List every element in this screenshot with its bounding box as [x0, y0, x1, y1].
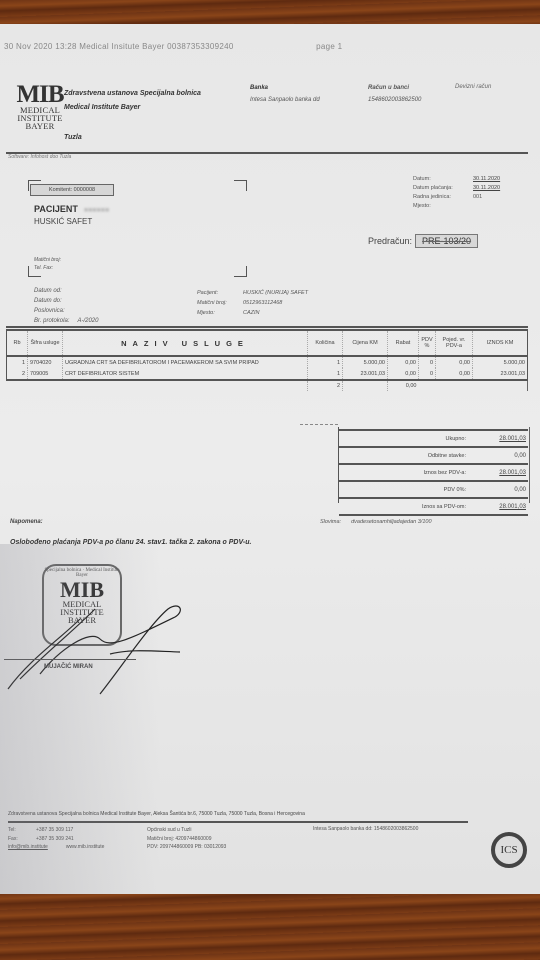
date-label: Datum od:	[34, 288, 62, 294]
date-row: Datum do:	[34, 296, 98, 306]
info-row: Matični broj:0512963112468	[197, 298, 308, 308]
invoice-number: Predračun:PRE-103/20	[368, 234, 478, 248]
cell-cijena: 5.000,00	[343, 356, 388, 368]
cell-pdv: 0	[419, 356, 436, 368]
logo-mark: MIB	[10, 84, 70, 106]
totals-row: Ukupno:28.001,03	[339, 430, 528, 447]
totals-label: Iznos bez PDV-a:	[339, 464, 468, 481]
date-label: Br. protokola:	[34, 318, 69, 324]
sum-rabat: 0,00	[388, 380, 419, 391]
fax-header: 30 Nov 2020 13:28 Medical Insitute Bayer…	[4, 42, 342, 51]
col-pdv: PDV %	[419, 330, 436, 356]
cell-kolicina: 1	[308, 356, 343, 368]
info-label: Radna jedinica:	[413, 193, 473, 202]
info-row: Mjesto:	[413, 202, 500, 211]
amount-words-value: dvadesetosamhiljadajedan 3/100	[351, 519, 431, 525]
cell-cijena: 23.001,03	[343, 368, 388, 380]
info-row: Mjesto:CAZIN	[197, 308, 308, 318]
col-rb: Rb	[7, 330, 28, 356]
account-label: Račun u banci	[368, 85, 409, 91]
totals-table: Ukupno:28.001,03Odbitne stavke:0,00Iznos…	[339, 429, 528, 516]
company-name-line1: Zdravstvena ustanova Specijalna bolnica	[64, 87, 201, 101]
totals-value: 28.001,03	[468, 498, 528, 515]
fax-date: 30 Nov 2020	[4, 42, 53, 51]
cell-kolicina: 1	[308, 368, 343, 380]
info-label: Mjesto:	[197, 308, 243, 318]
col-cijena: Cijena KM	[343, 330, 388, 356]
cell-pojed: 0,00	[436, 368, 473, 380]
fax-page: page 1	[316, 42, 342, 51]
patient-label: PACIJENT	[34, 204, 78, 214]
web-link[interactable]: www.mib.institute	[66, 844, 105, 850]
cell-rb: 2	[7, 368, 28, 380]
account-block: Račun u banci 1548602003862500	[368, 82, 421, 106]
cell-rabat: 0,00	[388, 356, 419, 368]
fax-label: Fax:	[8, 835, 36, 844]
col-kolicina: Količina	[308, 330, 343, 356]
totals-label: Ukupno:	[339, 430, 468, 447]
tel-label: Tel:	[8, 826, 36, 835]
totals-row: Iznos sa PDV-om:28.001,03	[339, 498, 528, 515]
info-label: Matični broj:	[197, 298, 243, 308]
company-name: Zdravstvena ustanova Specijalna bolnica …	[64, 87, 201, 145]
patient-name: HUSKIĆ SAFET	[34, 217, 92, 226]
company-name-line2: Medical Institute Bayer	[64, 101, 201, 115]
totals-label: PDV 0%:	[339, 481, 468, 498]
software-line: Software: Infohost doo Tuzla	[8, 154, 71, 160]
dates-left: Datum od: Datum do: Poslovnica: Br. prot…	[34, 286, 98, 326]
invoice-label: Predračun:	[368, 236, 412, 246]
items-table: Rb Šifra usluge NAZIV USLUGE Količina Ci…	[6, 329, 528, 391]
sum-kolicina: 2	[308, 380, 343, 391]
info-row: Datum plaćanja:30.11.2020	[413, 184, 500, 193]
window-corner	[234, 266, 247, 277]
cell-iznos: 23.001,03	[473, 368, 528, 380]
date-value: A-/2020	[77, 318, 98, 324]
cell-sifra: 9704020	[28, 356, 63, 368]
notes-text: Oslobođeno plaćanja PDV-a po članu 24. s…	[10, 539, 251, 546]
date-row: Datum od:	[34, 286, 98, 296]
table-row: 2709005CRT DEFIBRILATOR SISTEM123.001,03…	[7, 368, 528, 380]
info-value: 30.11.2020	[473, 176, 500, 182]
fax-number: 00387353309240	[167, 42, 234, 51]
signature-line	[4, 659, 136, 660]
patient-info: Pacijent:HUSKIĆ (NURIJA) SAFET Matični b…	[197, 288, 308, 318]
document-info: Datum:30.11.2020 Datum plaćanja:30.11.20…	[413, 175, 500, 211]
tax-number: PDV: 209744860009 PB: 03012093	[147, 843, 226, 852]
header-divider	[6, 152, 528, 154]
info-value: HUSKIĆ (NURIJA) SAFET	[243, 290, 308, 296]
tel-value: +387 35 309 117	[36, 827, 73, 833]
patient-heading: PACIJENT■■■■■■	[34, 204, 109, 214]
info-row: Pacijent:HUSKIĆ (NURIJA) SAFET	[197, 288, 308, 298]
signature-icon	[0, 579, 200, 699]
signer-name: MUJAČIĆ MIRAN	[44, 664, 93, 670]
logo-line: BAYER	[10, 122, 70, 130]
client-tel-label: Tel. Fax:	[34, 265, 53, 271]
cell-pojed: 0,00	[436, 356, 473, 368]
client-jmbg-label: Matični broj:	[34, 257, 61, 263]
amount-in-words: Slovima:dvadesetosamhiljadajedan 3/100	[320, 519, 432, 525]
date-row: Poslovnica:	[34, 306, 98, 316]
col-iznos: IZNOS KM	[473, 330, 528, 356]
company-city: Tuzla	[64, 131, 201, 145]
notes-label: Napomena:	[10, 519, 43, 525]
totals-label: Iznos sa PDV-om:	[339, 498, 468, 515]
totals-label: Odbitne stavke:	[339, 447, 468, 464]
info-label: Datum:	[413, 175, 473, 184]
fax-sender: Medical Insitute Bayer	[79, 42, 164, 51]
fax-value: +387 35 309 241	[36, 836, 74, 842]
totals-value: 28.001,03	[468, 464, 528, 481]
footer-bank: Intesa Sanpaolo banka dd: 15486020038625…	[313, 826, 418, 832]
cell-naziv: UGRADNJA CRT SA DEFIBRILATOROM I PACEMAK…	[63, 356, 308, 368]
company-logo: MIB MEDICAL INSTITUTE BAYER	[10, 84, 70, 130]
email-link[interactable]: info@mib.institute	[8, 844, 48, 850]
totals-row: Odbitne stavke:0,00	[339, 447, 528, 464]
info-value: 001	[473, 194, 482, 200]
footer-contacts: Tel:+387 35 309 117 Fax:+387 35 309 241 …	[8, 826, 104, 852]
table-header-row: Rb Šifra usluge NAZIV USLUGE Količina Ci…	[7, 330, 528, 356]
wood-background-bottom	[0, 893, 540, 960]
cell-pdv: 0	[419, 368, 436, 380]
info-value: 30.11.2020	[473, 185, 500, 191]
info-value: CAZIN	[243, 310, 260, 316]
certification-badge: ICS	[491, 832, 527, 868]
totals-value: 0,00	[468, 447, 528, 464]
invoice-number-box: PRE-103/20	[415, 234, 478, 248]
amount-words-label: Slovima:	[320, 519, 341, 525]
info-value: 0512963112468	[243, 300, 282, 306]
cell-rabat: 0,00	[388, 368, 419, 380]
info-label: Datum plaćanja:	[413, 184, 473, 193]
invoice-document: 30 Nov 2020 13:28 Medical Insitute Bayer…	[0, 24, 540, 894]
date-label: Datum do:	[34, 298, 62, 304]
table-row: 19704020UGRADNJA CRT SA DEFIBRILATOROM I…	[7, 356, 528, 368]
bank-block: Banka Intesa Sanpaolo banka dd	[250, 82, 320, 106]
redacted-text: ■■■■■■	[84, 207, 109, 214]
section-divider	[6, 326, 528, 328]
footer-address: Zdravstvena ustanova Specijalna bolnica …	[8, 811, 305, 817]
table-sum-row: 2 0,00	[7, 380, 528, 391]
footer-registration: Općinski sud u Tuzli Matični broj: 42097…	[147, 826, 226, 852]
registration-number: Matični broj: 4209744860009	[147, 835, 226, 844]
court-text: Općinski sud u Tuzli	[147, 826, 226, 835]
col-rabat: Rabat	[388, 330, 419, 356]
bank-label: Banka	[250, 85, 268, 91]
date-label: Poslovnica:	[34, 308, 65, 314]
giro-label: Devizni račun	[455, 84, 491, 90]
window-corner	[234, 180, 247, 191]
cell-iznos: 5.000,00	[473, 356, 528, 368]
totals-value: 28.001,03	[468, 430, 528, 447]
cell-rb: 1	[7, 356, 28, 368]
cell-sifra: 709005	[28, 368, 63, 380]
totals-row: Iznos bez PDV-a:28.001,03	[339, 464, 528, 481]
date-row: Br. protokola:A-/2020	[34, 316, 98, 326]
cell-naziv: CRT DEFIBRILATOR SISTEM	[63, 368, 308, 380]
info-label: Mjesto:	[413, 202, 473, 211]
totals-row: PDV 0%:0,00	[339, 481, 528, 498]
client-code-box: Komitent: 0000008	[30, 184, 114, 196]
info-label: Pacijent:	[197, 288, 243, 298]
col-sifra: Šifra usluge	[28, 330, 63, 356]
fax-time: 13:28	[55, 42, 77, 51]
info-row: Datum:30.11.2020	[413, 175, 500, 184]
info-row: Radna jedinica:001	[413, 193, 500, 202]
footer-divider	[8, 821, 468, 823]
dashed-divider	[300, 424, 338, 425]
bank-name: Intesa Sanpaolo banka dd	[250, 94, 320, 106]
col-pojed: Pojed. vr. PDV-a	[436, 330, 473, 356]
col-naziv: NAZIV USLUGE	[63, 330, 308, 356]
account-number: 1548602003862500	[368, 94, 421, 106]
totals-value: 0,00	[468, 481, 528, 498]
